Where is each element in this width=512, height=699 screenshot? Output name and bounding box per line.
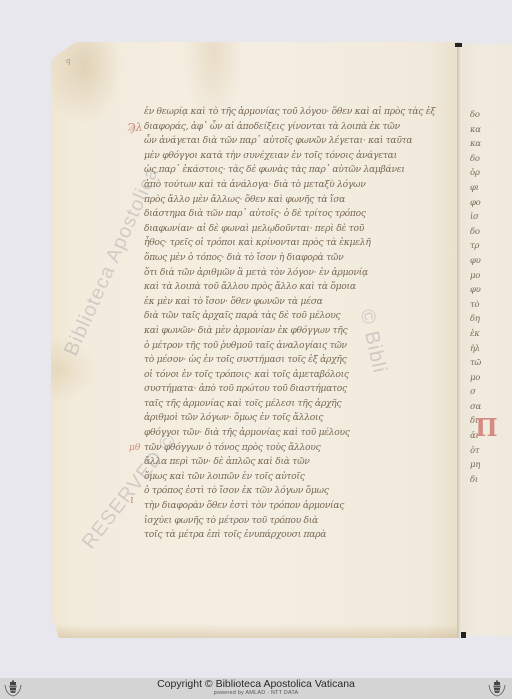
manuscript-line: δο [470, 108, 512, 123]
powered-by-text: powered by AMLAD · NTT DATA [0, 690, 512, 697]
manuscript-line: ὁρ [470, 166, 512, 181]
copyright-text: Copyright © Biblioteca Apostolica Vatica… [0, 678, 512, 690]
right-page-rubricated-initial: Π [475, 413, 495, 442]
folio-corner-mark: q [66, 57, 70, 65]
manuscript-line: ἐν θεωρίᾳ καὶ τὸ τῆς ἁρμονίας τοῦ λόγου·… [144, 105, 436, 120]
manuscript-line: ἦθος· τρεῖς οἱ τρόποι καὶ κρίνονται πρὸς… [144, 236, 436, 251]
marginal-rubric-middle: μθ [129, 443, 140, 453]
manuscript-line: ἠλ [470, 342, 512, 357]
manuscript-line: ἄλλα περὶ τῶν· δὲ ἁπλῶς καὶ διὰ τῶν [144, 455, 436, 470]
manuscript-line: διαφωνίαν· αἱ δὲ φωναὶ μελῳδοῦνται· περὶ… [144, 222, 436, 237]
manuscript-line: τὴν διαφορὰν ὅθεν ἐστὶ τὸν τρόπον ἁρμονί… [144, 499, 436, 514]
manuscript-line: ἀριθμοὶ τῶν λόγων· ὅμως ἐν τοῖς ἄλλοις [144, 411, 436, 426]
manuscript-line: τρ [470, 239, 512, 254]
manuscript-line: οἱ τόνοι ἐν τοῖς τρόποις· καὶ τοῖς ἀμετα… [144, 368, 436, 383]
manuscript-line: μὲν φθόγγοι κατὰ τὴν συνέχειαν ἐν τοῖς τ… [144, 149, 436, 164]
manuscript-line: μο [470, 371, 512, 386]
manuscript-viewer[interactable]: q ἐν θεωρίᾳ καὶ τὸ τῆς ἁρμονίας τοῦ λόγο… [0, 0, 512, 678]
manuscript-line: καὶ φωνῶν· διὰ μὲν ἁρμονίαν ἐκ φθόγγων τ… [144, 324, 436, 339]
manuscript-line: δη [470, 312, 512, 327]
manuscript-line: τὸ μέσον· ὡς ἐν τοῖς συστήμασι τοῖς ἐξ ἀ… [144, 353, 436, 368]
manuscript-line: δο [470, 225, 512, 240]
manuscript-line: ὁ μέτρον τῆς τοῦ ῥυθμοῦ ταῖς ἀναλογίαις … [144, 339, 436, 354]
manuscript-line: τῶν φθόγγων ὁ τόνος πρὸς τοὺς ἄλλους [144, 441, 436, 456]
manuscript-line: ἰσχύει φωνῆς τὸ μέτρον τοῦ τρόπου διὰ [144, 514, 436, 529]
copyright-footer: Copyright © Biblioteca Apostolica Vatica… [0, 678, 512, 699]
book-gutter [457, 42, 460, 638]
manuscript-line: σ [470, 385, 512, 400]
manuscript-line: φυ [470, 254, 512, 269]
manuscript-line: ταῖς τῆς ἁρμονίας καὶ τοῖς μέλεσι τῆς ἀρ… [144, 397, 436, 412]
manuscript-line: ἐκ μὲν καὶ τὸ ἴσον· ὅθεν φωνῶν τὰ μέσα [144, 295, 436, 310]
manuscript-line: ὡς παρ᾽ ἑκάστοις· τὰς δὲ φωνὰς τὰς παρ᾽ … [144, 163, 436, 178]
manuscript-line: τῶ [470, 356, 512, 371]
manuscript-line: φι [470, 181, 512, 196]
manuscript-line: μη [470, 458, 512, 473]
manuscript-line: τὸ [470, 298, 512, 313]
manuscript-line: ἰσ [470, 210, 512, 225]
manuscript-line: ὅτι διὰ τῶν ἀριθμῶν ἃ μετὰ τὸν λόγον· ἐν… [144, 266, 436, 281]
manuscript-line: καὶ τὰ λοιπὰ τοῦ ἄλλου πρὸς ἄλλο καὶ τὰ … [144, 280, 436, 295]
marginal-rubric-lower: ι [130, 493, 134, 506]
gutter-clip-top [455, 43, 462, 47]
manuscript-line: δι [470, 473, 512, 488]
manuscript-line: τοῖς τὰ μέτρα ἐπὶ τοῖς ἐνυπάρχουσι παρὰ [144, 528, 436, 543]
manuscript-line: κα [470, 137, 512, 152]
marginal-rubric-top: Ϡλ [127, 121, 143, 134]
manuscript-line: φθόγγοι τῶν· διὰ τῆς ἁρμονίας καὶ τοῦ μέ… [144, 426, 436, 441]
manuscript-line: πρὸς ἄλλο μὲν ἄλλως· ὅθεν καὶ φωνῆς τὰ ἴ… [144, 193, 436, 208]
manuscript-line: ἀπὸ τούτων καὶ τὰ ἀνάλογα· διὰ τὸ μεταξὺ… [144, 178, 436, 193]
vatican-seal-icon [3, 679, 23, 698]
manuscript-line: κα [470, 123, 512, 138]
manuscript-text-block: ἐν θεωρίᾳ καὶ τὸ τῆς ἁρμονίας τοῦ λόγου·… [144, 105, 436, 495]
manuscript-line: διὰ τῶν ταῖς ἀρχαῖς παρὰ τὰς δὲ τοῦ μέλο… [144, 309, 436, 324]
manuscript-line: φυ [470, 283, 512, 298]
manuscript-line: ὅμως καὶ τῶν λοιπῶν ἐν τοῖς αὐτοῖς [144, 470, 436, 485]
manuscript-line: διάστημα διὰ τῶν παρ᾽ αὐτοῖς· ὁ δὲ τρίτο… [144, 207, 436, 222]
vatican-seal-icon [487, 679, 507, 698]
manuscript-line: διαφοράς, ἀφ᾽ ὧν αἱ ἀποδείξεις γίνονται … [144, 120, 436, 135]
manuscript-line: φο [470, 196, 512, 211]
manuscript-line: μο [470, 269, 512, 284]
manuscript-line: συστήματα· ἀπὸ τοῦ πρώτου τοῦ διαστήματο… [144, 382, 436, 397]
gutter-clip-bottom [461, 632, 466, 638]
manuscript-line: ὀτ [470, 444, 512, 459]
manuscript-line: ὅπως μὲν ὁ τόπος· διὰ τὸ ἴσον ἡ διαφορὰ … [144, 251, 436, 266]
manuscript-line: δο [470, 152, 512, 167]
manuscript-line: ὧν ἀνάγεται διὰ τῶν παρ᾽ αὐτοῖς φωνῶν λέ… [144, 134, 436, 149]
manuscript-line: ἐκ [470, 327, 512, 342]
manuscript-line: ὁ τρόπος ἐστὶ τὸ ἴσον ἐκ τῶν λόγων ὅμως [144, 484, 436, 499]
